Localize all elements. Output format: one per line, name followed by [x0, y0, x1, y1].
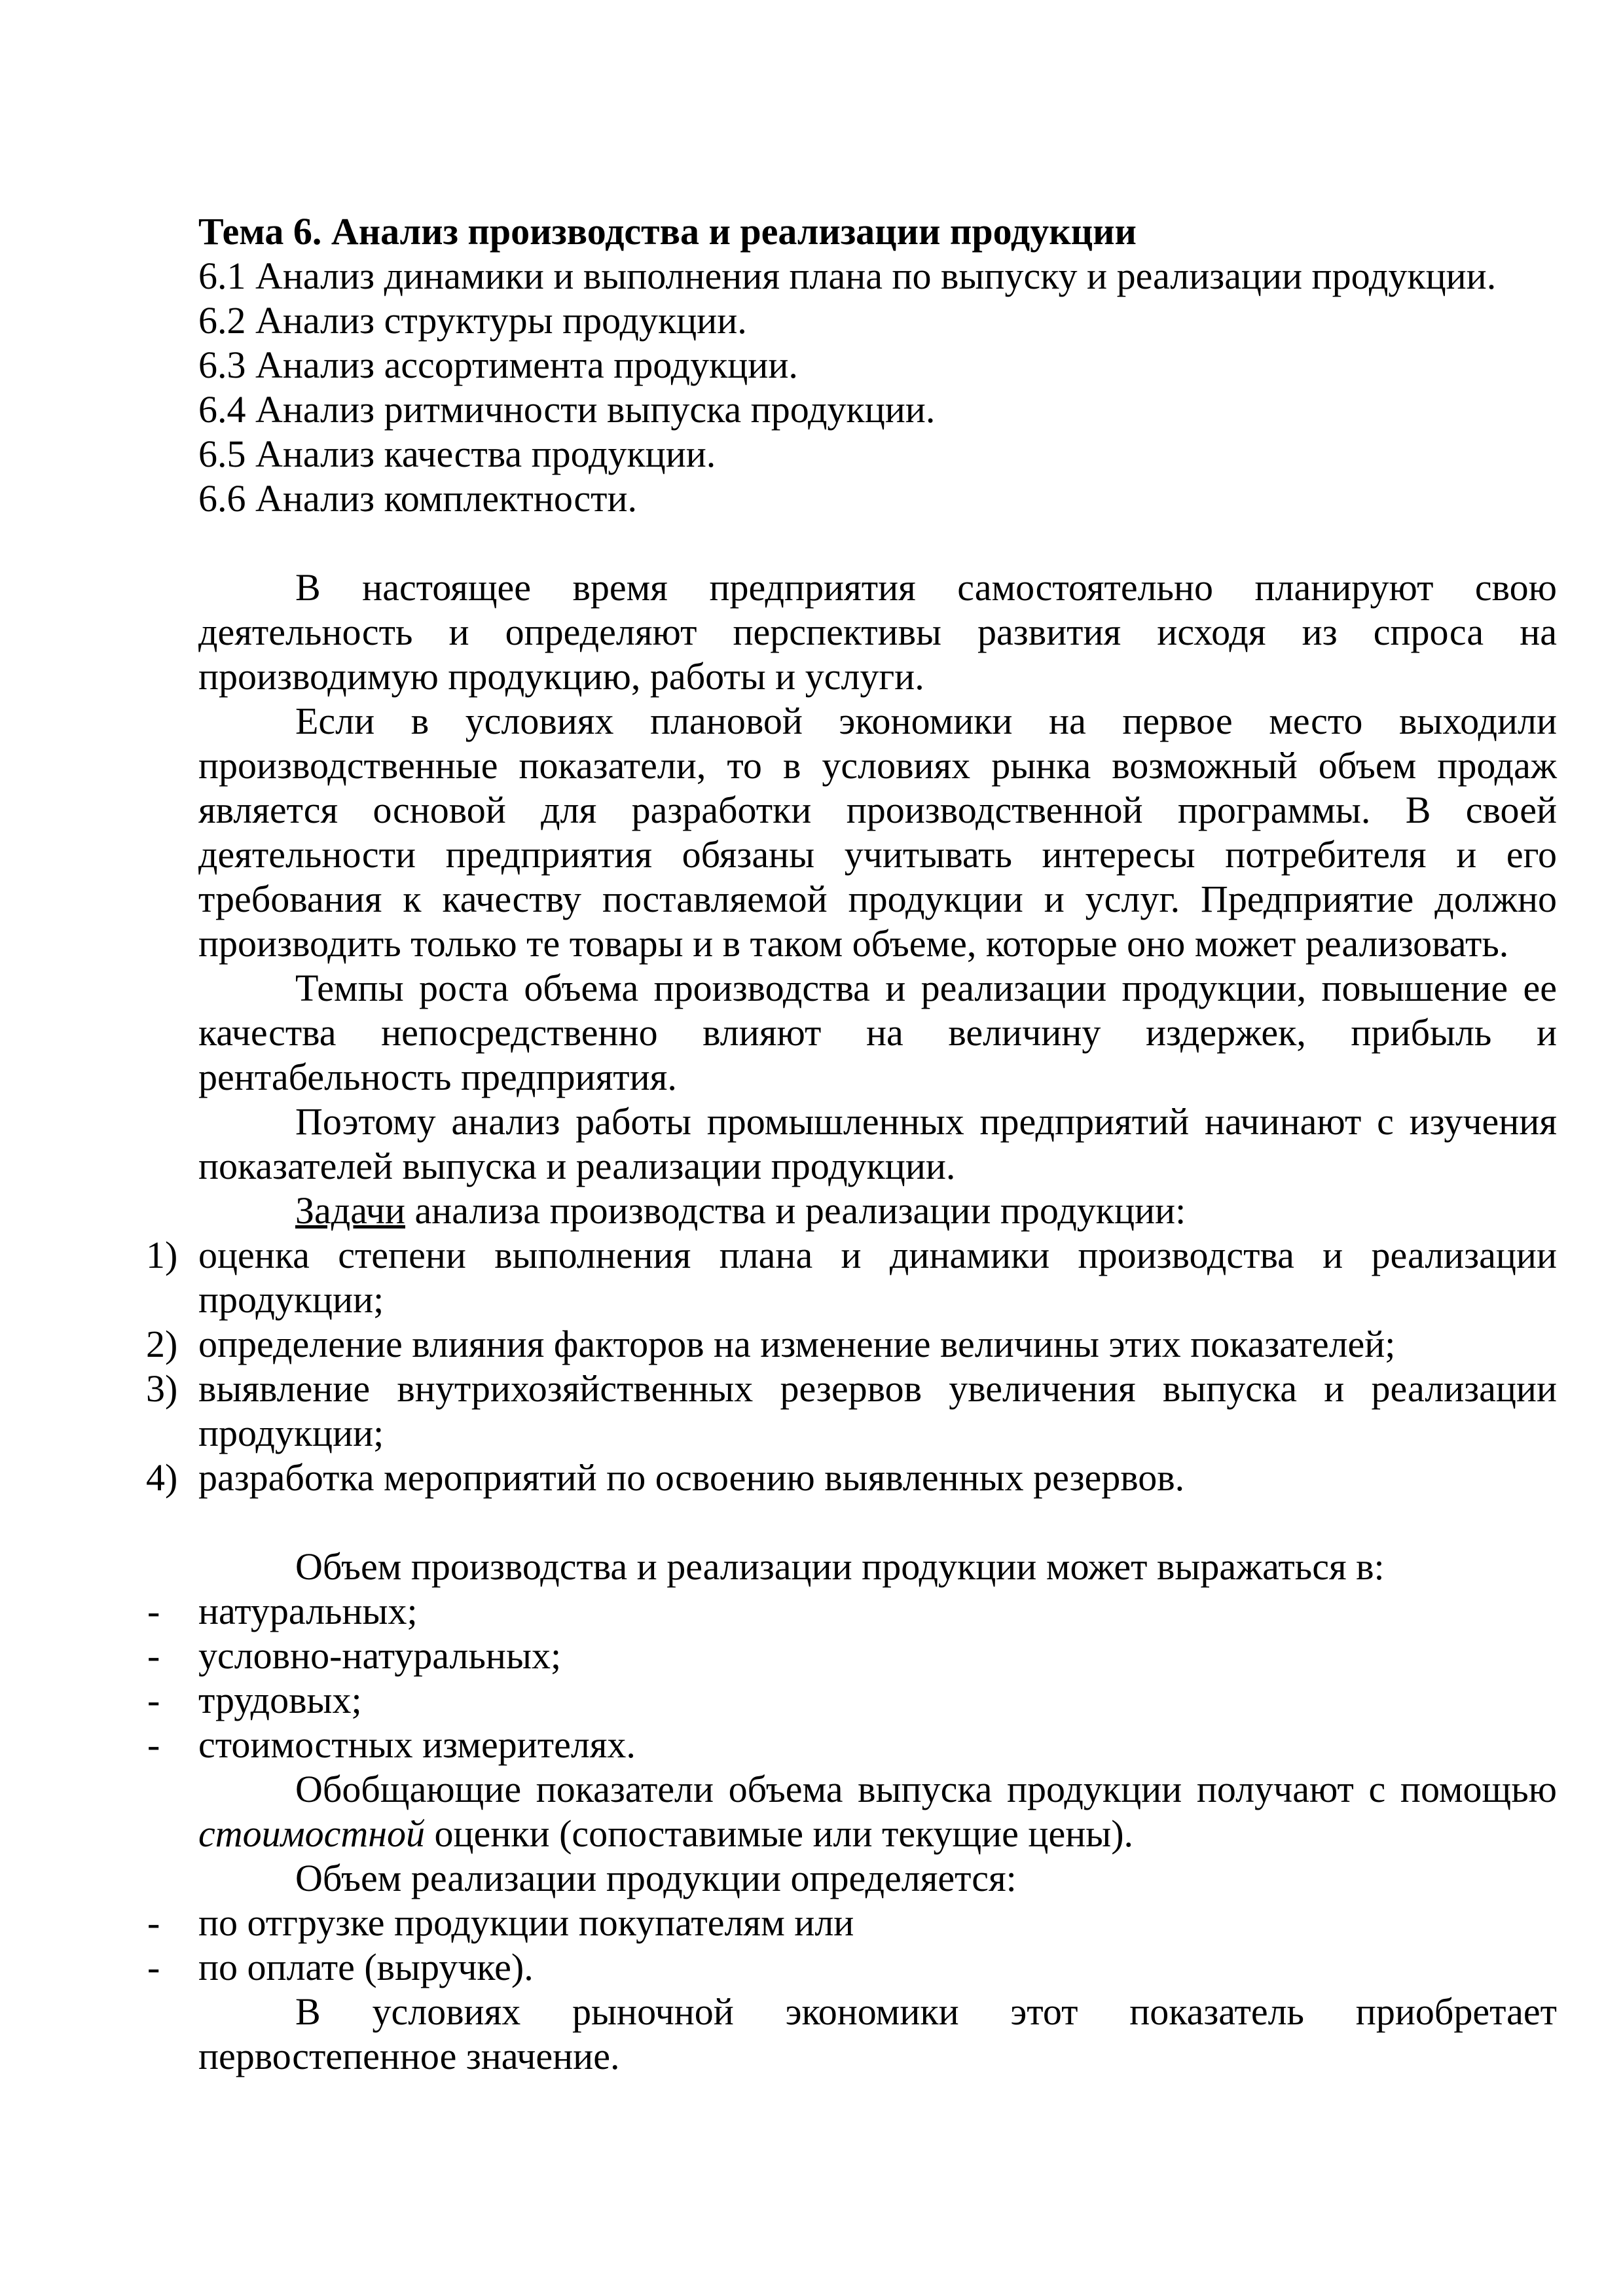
dash-marker: -: [147, 1589, 198, 1634]
paragraph-therefore-analysis: Поэтому анализ работы промышленных предп…: [198, 1100, 1557, 1189]
paragraph-present-time: В настоящее время предприятия самостояте…: [198, 565, 1557, 699]
text-run: оценки (сопоставимые или текущие цены).: [425, 1812, 1133, 1855]
toc-item-6-6: 6.6 Анализ комплектности.: [198, 476, 1557, 521]
item-3-marker: 3): [146, 1367, 198, 1411]
dash-item-by-payment: -по оплате (выручке).: [198, 1945, 1557, 1990]
toc-item-6-3: 6.3 Анализ ассортимента продукции.: [198, 343, 1557, 387]
item-1-text: оценка степени выполнения плана и динами…: [198, 1234, 1557, 1321]
paragraph-sales-volume-defined: Объем реализации продукции определяется:: [198, 1856, 1557, 1901]
toc-item-6-1: 6.1 Анализ динамики и выполнения плана п…: [198, 254, 1557, 298]
item-2-marker: 2): [146, 1322, 198, 1367]
dash-marker: -: [147, 1634, 198, 1678]
document-content: Тема 6. Анализ производства и реализации…: [198, 209, 1557, 2079]
dash-marker: -: [147, 1678, 198, 1723]
numbered-item-1: 1)оценка степени выполнения плана и дина…: [198, 1233, 1557, 1322]
paragraph-market-economy-closing: В условиях рыночной экономики этот показ…: [198, 1990, 1557, 2079]
item-4-text: разработка мероприятий по освоению выявл…: [198, 1456, 1184, 1499]
toc-item-6-2: 6.2 Анализ структуры продукции.: [198, 298, 1557, 343]
dash-item-labor: -трудовых;: [198, 1678, 1557, 1723]
document-page: Тема 6. Анализ производства и реализации…: [0, 0, 1623, 2296]
toc-item-6-4: 6.4 Анализ ритмичности выпуска продукции…: [198, 387, 1557, 432]
dash-item-cost-measures: -стоимостных измерителях.: [198, 1723, 1557, 1767]
toc-item-6-5: 6.5 Анализ качества продукции.: [198, 432, 1557, 476]
item-3-text: выявление внутрихозяйственных резервов у…: [198, 1367, 1557, 1454]
paragraph-growth-rates: Темпы роста объема производства и реализ…: [198, 966, 1557, 1100]
dash-item-text: трудовых;: [198, 1679, 362, 1721]
item-4-marker: 4): [146, 1456, 198, 1500]
text-run: анализа производства и реализации продук…: [405, 1189, 1186, 1232]
dash-marker: -: [147, 1945, 198, 1990]
paragraph-generalizing-indicators: Обобщающие показатели объема выпуска про…: [198, 1767, 1557, 1856]
paragraph-tasks-intro: Задачи анализа производства и реализации…: [198, 1189, 1557, 1233]
numbered-item-2: 2)определение влияния факторов на измене…: [198, 1322, 1557, 1367]
dash-item-by-shipment: -по отгрузке продукции покупателям или: [198, 1901, 1557, 1945]
item-2-text: определение влияния факторов на изменени…: [198, 1323, 1395, 1365]
blank-line: [198, 521, 1557, 565]
blank-line: [198, 1500, 1557, 1545]
dash-marker: -: [147, 1901, 198, 1945]
dash-item-conditionally-natural: -условно-натуральных;: [198, 1634, 1557, 1678]
text-run: стоимостной: [198, 1812, 425, 1855]
text-run: Обобщающие показатели объема выпуска про…: [295, 1768, 1557, 1810]
dash-item-natural: -натуральных;: [198, 1589, 1557, 1634]
numbered-item-4: 4)разработка мероприятий по освоению выя…: [198, 1456, 1557, 1500]
dash-item-text: натуральных;: [198, 1590, 418, 1632]
dash-item-text: условно-натуральных;: [198, 1634, 561, 1677]
dash-item-text: стоимостных измерителях.: [198, 1723, 636, 1766]
document-title: Тема 6. Анализ производства и реализации…: [198, 209, 1557, 254]
numbered-item-3: 3)выявление внутрихозяйственных резервов…: [198, 1367, 1557, 1456]
paragraph-planned-economy: Если в условиях плановой экономики на пе…: [198, 699, 1557, 966]
item-1-marker: 1): [146, 1233, 198, 1278]
dash-item-text: по оплате (выручке).: [198, 1946, 534, 1988]
dash-item-text: по отгрузке продукции покупателям или: [198, 1901, 854, 1944]
dash-marker: -: [147, 1723, 198, 1767]
paragraph-volume-expressed-in: Объем производства и реализации продукци…: [198, 1545, 1557, 1589]
text-run: Задачи: [295, 1189, 405, 1232]
